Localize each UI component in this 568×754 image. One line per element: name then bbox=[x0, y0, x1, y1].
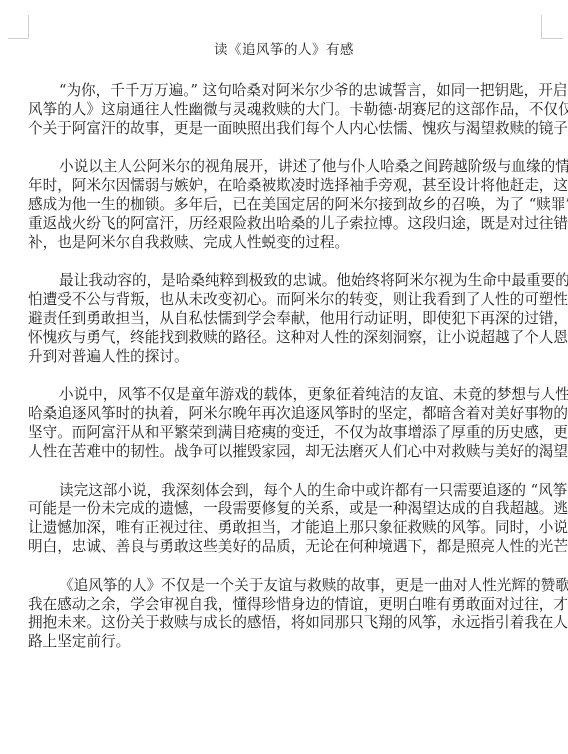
paragraph-3: 最让我动容的，是哈桑纯粹到极致的忠诚。他始终将阿米尔视为生命中最重要的人，哪 怕… bbox=[28, 272, 542, 366]
text-line: 年时，阿米尔因懦弱与嫉妒，在哈桑被欺凌时选择袖手旁观，甚至设计将他赶走，这份负罪 bbox=[28, 177, 542, 196]
text-line: 怀愧疚与勇气，终能找到救赎的路径。这种对人性的深刻洞察，让小说超越了个人恩怨，上 bbox=[28, 329, 542, 348]
text-line: “为你，千千万万遍。” 这句哈桑对阿米尔少爷的忠诚誓言，如同一把钥匙，开启了《追 bbox=[28, 82, 542, 101]
text-line: 我在感动之余，学会审视自我，懂得珍惜身边的情谊，更明白唯有勇敢面对过往，才能真正 bbox=[28, 596, 542, 615]
margin-corner-mark-top-left bbox=[8, 15, 29, 39]
margin-corner-mark-top-right bbox=[541, 15, 563, 39]
text-line: 升到对普遍人性的探讨。 bbox=[28, 348, 542, 367]
text-line: 小说以主人公阿米尔的视角展开，讲述了他与仆人哈桑之间跨越阶级与血缘的情谊。童 bbox=[28, 158, 542, 177]
text-line: 读完这部小说，我深刻体会到，每个人的生命中或许都有一只需要追逐的 “风筝”，它 bbox=[28, 482, 542, 501]
text-line: 《追风筝的人》不仅是一个关于友谊与救赎的故事，更是一曲对人性光辉的赞歌。它让 bbox=[28, 577, 542, 596]
text-line: 明白，忠诚、善良与勇敢这些美好的品质，无论在何种境遇下，都是照亮人性的光芒。 bbox=[28, 538, 542, 557]
text-line: 重返战火纷飞的阿富汗，历经艰险救出哈桑的儿子索拉博。这段归途，既是对过往错误的弥 bbox=[28, 215, 542, 234]
text-line: 坚守。而阿富汗从和平繁荣到满目疮痍的变迁，不仅为故事增添了厚重的历史感，更凸显了 bbox=[28, 424, 542, 443]
text-line: 哈桑追逐风筝时的执着，阿米尔晚年再次追逐风筝时的坚定，都暗含着对美好事物的向往与 bbox=[28, 405, 542, 424]
text-line: 感成为他一生的枷锁。多年后，已在美国定居的阿米尔接到故乡的召唤，为了 “赎罪”，… bbox=[28, 196, 542, 215]
paragraph-2: 小说以主人公阿米尔的视角展开，讲述了他与仆人哈桑之间跨越阶级与血缘的情谊。童 年… bbox=[28, 158, 542, 252]
document-title: 读《追风筝的人》有感 bbox=[0, 41, 568, 59]
text-line: 小说中，风筝不仅是童年游戏的载体，更象征着纯洁的友谊、未竟的梦想与人性的光辉。 bbox=[28, 386, 542, 405]
text-line: 最让我动容的，是哈桑纯粹到极致的忠诚。他始终将阿米尔视为生命中最重要的人，哪 bbox=[28, 272, 542, 291]
text-line: 避责任到勇敢担当，从自私怯懦到学会奉献，他用行动证明，即使犯下再深的过错，只要心 bbox=[28, 310, 542, 329]
text-line: 补，也是阿米尔自我救赎、完成人性蜕变的过程。 bbox=[28, 234, 542, 253]
document-body: “为你，千千万万遍。” 这句哈桑对阿米尔少爷的忠诚誓言，如同一把钥匙，开启了《追… bbox=[28, 82, 542, 672]
text-line: 可能是一份未完成的遗憾，一段需要修复的关系，或是一种渴望达成的自我超越。逃避只会 bbox=[28, 500, 542, 519]
paragraph-6: 《追风筝的人》不仅是一个关于友谊与救赎的故事，更是一曲对人性光辉的赞歌。它让 我… bbox=[28, 577, 542, 652]
text-line: 拥抱未来。这份关于救赎与成长的感悟，将如同那只飞翔的风筝，永远指引着我在人生的道 bbox=[28, 614, 542, 633]
text-line: 路上坚定前行。 bbox=[28, 633, 542, 652]
text-line: 个关于阿富汗的故事，更是一面映照出我们每个人内心怯懦、愧疚与渴望救赎的镜子。 bbox=[28, 120, 542, 139]
text-line: 怕遭受不公与背叛，也从未改变初心。而阿米尔的转变，则让我看到了人性的可塑性。从逃 bbox=[28, 291, 542, 310]
text-line: 让遗憾加深，唯有正视过往、勇敢担当，才能追上那只象征救赎的风筝。同时，小说也让我 bbox=[28, 519, 542, 538]
paragraph-5: 读完这部小说，我深刻体会到，每个人的生命中或许都有一只需要追逐的 “风筝”，它 … bbox=[28, 482, 542, 557]
text-line: 风筝的人》这扇通往人性幽微与灵魂救赎的大门。卡勒德·胡赛尼的这部作品，不仅仅是一 bbox=[28, 101, 542, 120]
text-line: 人性在苦难中的韧性。战争可以摧毁家园，却无法磨灭人们心中对救赎与美好的渴望。 bbox=[28, 443, 542, 462]
paragraph-4: 小说中，风筝不仅是童年游戏的载体，更象征着纯洁的友谊、未竟的梦想与人性的光辉。 … bbox=[28, 386, 542, 461]
paragraph-1: “为你，千千万万遍。” 这句哈桑对阿米尔少爷的忠诚誓言，如同一把钥匙，开启了《追… bbox=[28, 82, 542, 138]
